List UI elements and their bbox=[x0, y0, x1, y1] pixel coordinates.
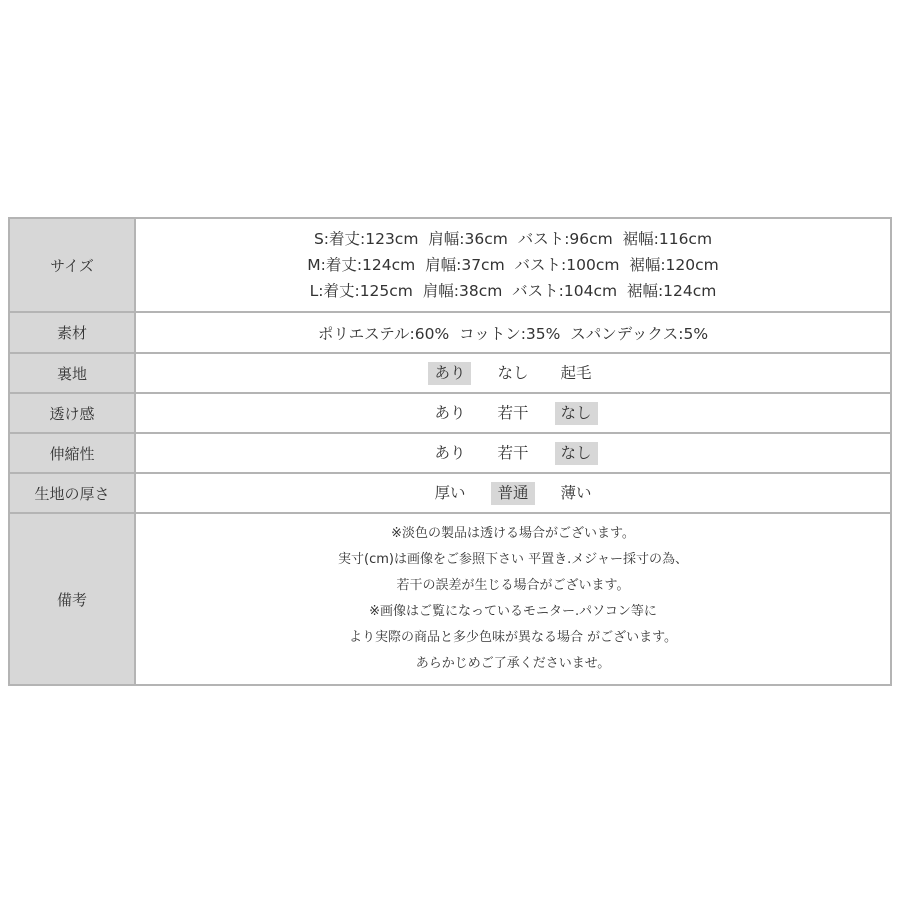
stretch-label: 伸縮性 bbox=[9, 433, 135, 473]
notes-label: 備考 bbox=[9, 513, 135, 685]
material-label: 素材 bbox=[9, 312, 135, 353]
notes-line-5: より実際の商品と多少色味が異なる場合 がございます。 bbox=[136, 625, 890, 651]
notes-line-1: ※淡色の製品は透ける場合がございます。 bbox=[136, 521, 890, 547]
material-value: ポリエステル:60% コットン:35% スパンデックス:5% bbox=[135, 312, 891, 353]
lining-option-yes: あり bbox=[428, 362, 471, 385]
spec-row-material: 素材 ポリエステル:60% コットン:35% スパンデックス:5% bbox=[9, 312, 891, 353]
size-line-l: L:着丈:125cm 肩幅:38cm バスト:104cm 裾幅:124cm bbox=[136, 278, 890, 304]
stretch-option-no: なし bbox=[555, 442, 598, 465]
sheerness-option-slight: 若干 bbox=[491, 402, 534, 425]
material-composition: ポリエステル:60% コットン:35% スパンデックス:5% bbox=[318, 325, 708, 343]
stretch-option-slight: 若干 bbox=[491, 442, 534, 465]
notes-line-2: 実寸(cm)は画像をご参照下さい 平置き.メジャー採寸の為、 bbox=[136, 547, 890, 573]
spec-row-size: サイズ S:着丈:123cm 肩幅:36cm バスト:96cm 裾幅:116cm… bbox=[9, 218, 891, 312]
sheerness-option-yes: あり bbox=[428, 402, 471, 425]
size-value: S:着丈:123cm 肩幅:36cm バスト:96cm 裾幅:116cm M:着… bbox=[135, 218, 891, 312]
lining-option-no: なし bbox=[491, 362, 534, 385]
size-line-s: S:着丈:123cm 肩幅:36cm バスト:96cm 裾幅:116cm bbox=[136, 226, 890, 252]
notes-line-4: ※画像はご覧になっているモニター.パソコン等に bbox=[136, 599, 890, 625]
lining-option-brushed: 起毛 bbox=[555, 362, 598, 385]
stretch-options: あり 若干 なし bbox=[135, 433, 891, 473]
notes-value: ※淡色の製品は透ける場合がございます。 実寸(cm)は画像をご参照下さい 平置き… bbox=[135, 513, 891, 685]
spec-row-notes: 備考 ※淡色の製品は透ける場合がございます。 実寸(cm)は画像をご参照下さい … bbox=[9, 513, 891, 685]
thickness-option-thin: 薄い bbox=[555, 482, 598, 505]
thickness-label: 生地の厚さ bbox=[9, 473, 135, 513]
sheerness-options: あり 若干 なし bbox=[135, 393, 891, 433]
thickness-option-thick: 厚い bbox=[428, 482, 471, 505]
spec-row-thickness: 生地の厚さ 厚い 普通 薄い bbox=[9, 473, 891, 513]
product-spec-table: サイズ S:着丈:123cm 肩幅:36cm バスト:96cm 裾幅:116cm… bbox=[8, 217, 892, 686]
notes-line-6: あらかじめご了承くださいませ。 bbox=[136, 651, 890, 677]
thickness-options: 厚い 普通 薄い bbox=[135, 473, 891, 513]
lining-label: 裏地 bbox=[9, 353, 135, 393]
stretch-option-yes: あり bbox=[428, 442, 471, 465]
notes-line-3: 若干の誤差が生じる場合がございます。 bbox=[136, 573, 890, 599]
sheerness-option-no: なし bbox=[555, 402, 598, 425]
size-line-m: M:着丈:124cm 肩幅:37cm バスト:100cm 裾幅:120cm bbox=[136, 252, 890, 278]
spec-row-sheerness: 透け感 あり 若干 なし bbox=[9, 393, 891, 433]
sheerness-label: 透け感 bbox=[9, 393, 135, 433]
spec-row-stretch: 伸縮性 あり 若干 なし bbox=[9, 433, 891, 473]
thickness-option-normal: 普通 bbox=[491, 482, 534, 505]
size-label: サイズ bbox=[9, 218, 135, 312]
lining-options: あり なし 起毛 bbox=[135, 353, 891, 393]
spec-row-lining: 裏地 あり なし 起毛 bbox=[9, 353, 891, 393]
